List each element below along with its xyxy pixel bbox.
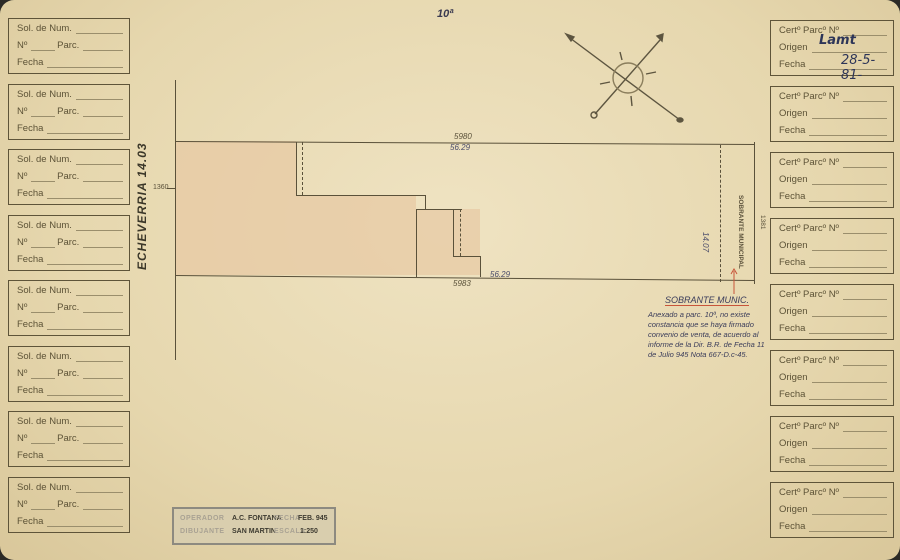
fecha-value: FEB. 945 (298, 515, 328, 522)
sol-label: Sol. de Num. (17, 285, 72, 296)
sobrante-dashed-line (720, 145, 721, 282)
parc-label: Parc. (57, 499, 79, 510)
fecha-label: Fecha (17, 319, 43, 330)
inner-line (296, 195, 426, 196)
cert-label: Certº Parcº Nº (779, 289, 839, 300)
fecha-label: Fecha (17, 516, 43, 527)
certificado-box: Certº Parcº Nº Origen Fecha (770, 482, 894, 538)
cert-label: Certº Parcº Nº (779, 223, 839, 234)
sol-label: Sol. de Num. (17, 351, 72, 362)
fecha-label: Fecha (17, 450, 43, 461)
dibujante-value: SAN MARTIN (232, 528, 276, 535)
certificado-box: Certº Parcº Nº Origen Fecha (770, 416, 894, 472)
origen-label: Origen (779, 504, 808, 515)
fecha-label: Fecha (779, 191, 805, 202)
certificado-box: Certº Parcº Nº Origen Fecha (770, 350, 894, 406)
arrow-icon (728, 268, 740, 296)
sol-label: Sol. de Num. (17, 154, 72, 165)
solicitud-box: Sol. de Num. NºParc. Fecha (8, 215, 130, 271)
title-stamp: OPERADOR A.C. FONTANA FECHA FEB. 945 DIB… (172, 507, 336, 545)
escala-value: 1:250 (300, 528, 318, 535)
solicitud-box: Sol. de Num. NºParc. Fecha (8, 149, 130, 205)
fecha-label: FECHA (274, 515, 301, 522)
dim-right-inner: 14.07 (701, 232, 710, 252)
fecha-label: Fecha (17, 57, 43, 68)
inner-line (453, 256, 480, 257)
origen-label: Origen (779, 42, 808, 53)
fecha-label: Fecha (17, 188, 43, 199)
dim-right-outer: 1381 (759, 215, 766, 229)
inner-line (296, 142, 297, 195)
fecha-handwritten: 28-5-81- (841, 53, 893, 83)
no-label: Nº (17, 368, 27, 379)
parc-label: Parc. (57, 368, 79, 379)
sol-label: Sol. de Num. (17, 416, 72, 427)
cadastral-sheet: 10ª Sol. de Num. NºParc. FechaSol. de Nu… (0, 0, 900, 560)
operador-label: OPERADOR (180, 515, 224, 522)
dashed-line (460, 209, 461, 256)
fecha-label: Fecha (779, 455, 805, 466)
parc-label: Parc. (57, 40, 79, 51)
origen-label: Origen (779, 372, 808, 383)
parc-label: Parc. (57, 433, 79, 444)
origen-label: Origen (779, 108, 808, 119)
parc-label: Parc. (57, 171, 79, 182)
compass-rose-icon (560, 28, 690, 128)
sobrante-strip-label: SOBRANTE MUNICIPAL (737, 195, 744, 269)
dashed-line (302, 142, 303, 195)
inner-line (480, 256, 481, 277)
parcel-fill-mid (296, 195, 416, 275)
solicitud-box: Sol. de Num. NºParc. Fecha (8, 280, 130, 336)
inner-line (416, 209, 462, 210)
no-label: Nº (17, 237, 27, 248)
no-label: Nº (17, 106, 27, 117)
fecha-label: Fecha (779, 389, 805, 400)
sol-label: Sol. de Num. (17, 23, 72, 34)
fecha-label: Fecha (17, 123, 43, 134)
no-label: Nº (17, 171, 27, 182)
dim-top-sub: 56.29 (450, 143, 470, 152)
parc-label: Parc. (57, 237, 79, 248)
cert-label: Certº Parcº Nº (779, 355, 839, 366)
boundary-right (754, 142, 755, 284)
solicitud-box: Sol. de Num. NºParc. Fecha (8, 411, 130, 467)
sol-label: Sol. de Num. (17, 482, 72, 493)
sol-label: Sol. de Num. (17, 89, 72, 100)
parcel-fill-left (176, 141, 296, 275)
annotation-title: SOBRANTE MUNIC. (665, 295, 749, 306)
fecha-label: Fecha (17, 254, 43, 265)
certificado-box: Certº Parcº Nº Origen Fecha (770, 284, 894, 340)
fecha-label: Fecha (17, 385, 43, 396)
no-label: Nº (17, 40, 27, 51)
cert-label: Certº Parcº Nº (779, 487, 839, 498)
fecha-label: Fecha (779, 323, 805, 334)
certificado-box: Certº Parcº Nº Origen Fecha (770, 86, 894, 142)
solicitud-box: Sol. de Num. NºParc. Fecha (8, 84, 130, 140)
fecha-label: Fecha (779, 257, 805, 268)
annotation-text: Anexado a parc. 10ª, no existe constanci… (648, 310, 768, 360)
sheet-number: 10ª (437, 8, 453, 20)
dim-tick (167, 188, 175, 189)
no-label: Nº (17, 499, 27, 510)
dibujante-label: DIBUJANTE (180, 528, 225, 535)
cert-label: Certº Parcº Nº (779, 91, 839, 102)
inner-line (416, 209, 417, 277)
origen-label: Origen (779, 174, 808, 185)
parcel-fill-right (416, 209, 480, 275)
certificado-box: Certº Parcº Nº Origen Fecha (770, 218, 894, 274)
solicitud-box: Sol. de Num. NºParc. Fecha (8, 346, 130, 402)
certificado-box: Certº Parcº Nº Origen Fecha (770, 152, 894, 208)
cert-label: Certº Parcº Nº (779, 421, 839, 432)
street-label: ECHEVERRIA 14.03 (135, 142, 149, 270)
dim-bottom: 5983 (453, 279, 471, 288)
no-label: Nº (17, 302, 27, 313)
solicitud-box: Sol. de Num. NºParc. Fecha (8, 477, 130, 533)
origen-label: Origen (779, 438, 808, 449)
sol-label: Sol. de Num. (17, 220, 72, 231)
dim-bottom-sub: 56.29 (490, 270, 510, 279)
inner-line (453, 209, 454, 256)
fecha-label: Fecha (779, 125, 805, 136)
dim-top: 5980 (454, 132, 472, 141)
origen-label: Origen (779, 306, 808, 317)
parc-label: Parc. (57, 302, 79, 313)
fecha-label: Fecha (779, 521, 805, 532)
solicitud-box: Sol. de Num. NºParc. Fecha (8, 18, 130, 74)
origen-handwritten: Lamt (819, 33, 856, 48)
origen-label: Origen (779, 240, 808, 251)
parc-label: Parc. (57, 106, 79, 117)
cert-label: Certº Parcº Nº (779, 157, 839, 168)
inner-line (425, 196, 426, 209)
certificado-box: Certº Parcº Nº Origen FechaLamt 28-5-81- (770, 20, 894, 76)
no-label: Nº (17, 433, 27, 444)
fecha-label: Fecha (779, 59, 805, 70)
